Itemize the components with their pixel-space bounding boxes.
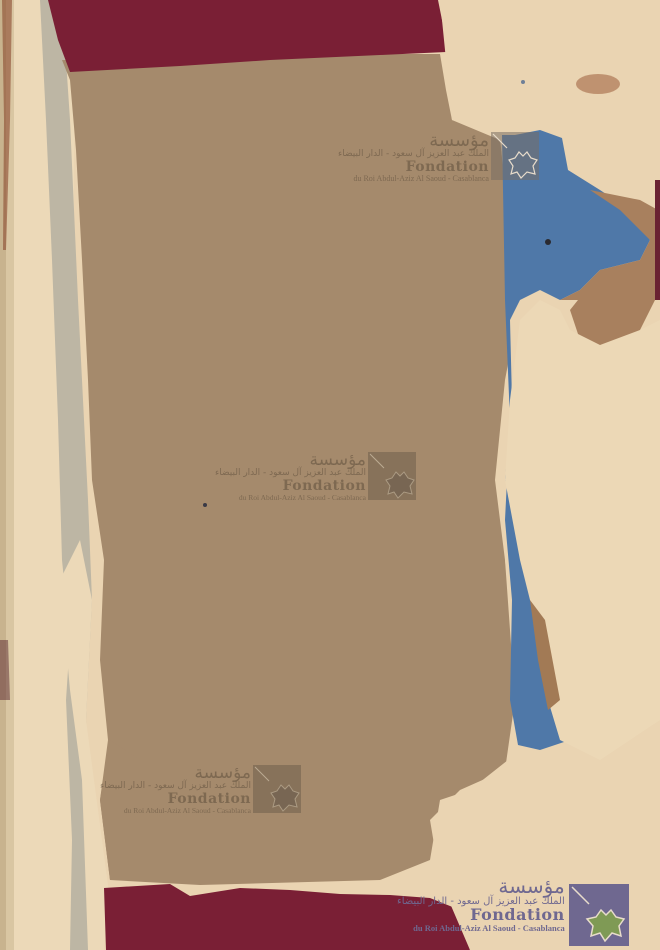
watermark-title: Fondation	[406, 160, 489, 175]
watermark-subtitle: du Roi Abdul-Aziz Al Saoud - Casablanca	[239, 494, 366, 502]
watermark-arabic-title: مؤسسة	[429, 132, 489, 150]
watermark-arabic-title: مؤسسة	[195, 765, 251, 782]
foundation-logo-icon	[253, 765, 301, 813]
watermark-subtitle: du Roi Abdul-Aziz Al Saoud - Casablanca	[413, 924, 565, 933]
watermark-arabic-title: مؤسسة	[310, 452, 366, 469]
foundation-logo-icon	[368, 452, 416, 500]
watermark-lower-left: مؤسسة الملك عبد العزيز آل سعود - الدار ا…	[100, 765, 301, 815]
watermark-arabic-title: مؤسسة	[498, 876, 564, 896]
watermark-title: Fondation	[283, 479, 366, 494]
foundation-logo-icon	[569, 884, 629, 946]
watermark-center: مؤسسة الملك عبد العزيز آل سعود - الدار ا…	[215, 452, 416, 502]
foundation-logo-icon	[491, 132, 539, 180]
watermark-title: Fondation	[168, 792, 251, 807]
watermark-top-right: مؤسسة الملك عبد العزيز آل سعود - الدار ا…	[338, 132, 539, 183]
watermark-subtitle: du Roi Abdul-Aziz Al Saoud - Casablanca	[124, 807, 251, 815]
book-cover-scan: مؤسسة الملك عبد العزيز آل سعود - الدار ا…	[0, 0, 660, 950]
watermark-subtitle: du Roi Abdul-Aziz Al Saoud - Casablanca	[353, 175, 489, 184]
watermark-bottom-right: مؤسسة الملك عبد العزيز آل سعود - الدار ا…	[397, 876, 629, 946]
watermark-title: Fondation	[470, 907, 565, 924]
